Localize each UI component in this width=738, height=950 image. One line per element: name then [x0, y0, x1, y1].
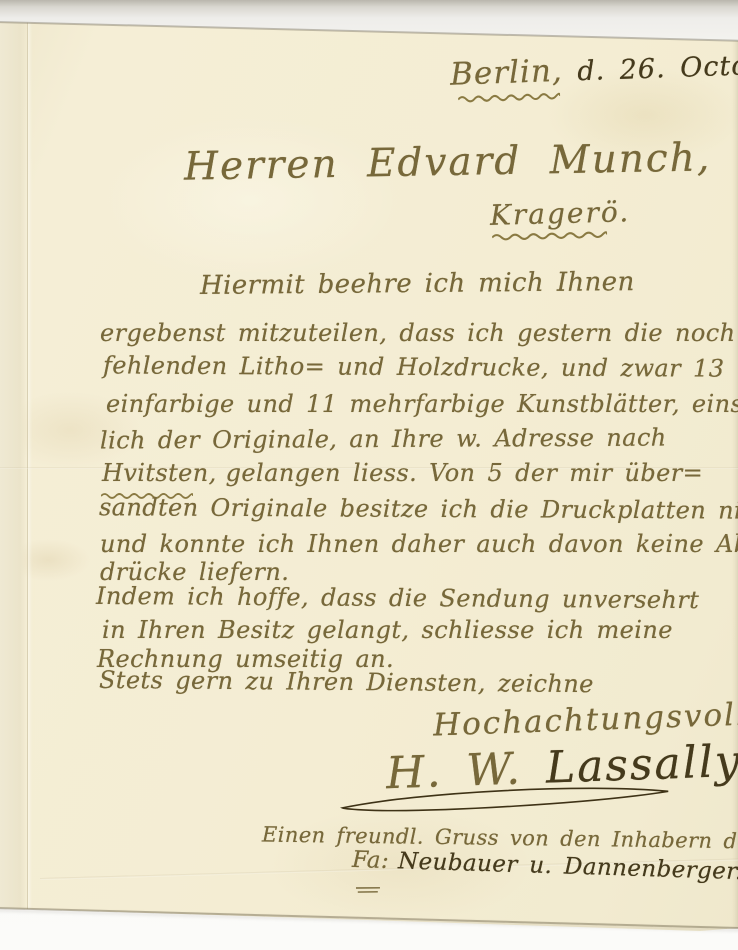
body-line-rest: gelangen liess. Von 5 der mir über= [226, 459, 703, 487]
body-line: Indem ich hoffe, dass die Sendung unvers… [96, 582, 699, 614]
body-line: einfarbige und 11 mehrfarbige Kunstblätt… [106, 390, 738, 418]
underlined-place-name: Hvitsten, [102, 459, 217, 487]
double-underline-fa [356, 886, 382, 895]
body-line: Stets gern zu Ihren Diensten, zeichne [99, 666, 594, 698]
body-line: ergebenst mitzuteilen, dass ich gestern … [100, 319, 735, 347]
body-line: in Ihren Besitz gelangt, schliesse ich m… [102, 616, 673, 644]
body-line-hvitsten: Hvitsten,gelangen liess. Von 5 der mir ü… [102, 459, 703, 487]
body-line: sandten Originale besitze ich die Druckp… [99, 493, 738, 525]
recipient-city: Kragerö. [490, 195, 631, 232]
body-line: lich der Originale, an Ihre w. Adresse n… [100, 424, 667, 455]
dateline-date: d. 26. Octob. 11. [577, 47, 738, 87]
company-abbreviation: Fa: [352, 847, 390, 874]
scanned-letter-page: Berlin, d. 26. Octob. 11. Herren Edvard … [0, 0, 738, 950]
body-line: Hiermit beehre ich mich Ihnen [200, 267, 635, 301]
dateline-city: Berlin, [449, 53, 563, 93]
body-line: und konnte ich Ihnen daher auch davon ke… [100, 530, 738, 558]
paper-fold-strip [0, 0, 28, 950]
recipient-line: Herren Edvard Munch, [184, 135, 712, 189]
body-line: fehlenden Litho= und Holzdrucke, und zwa… [103, 351, 725, 382]
